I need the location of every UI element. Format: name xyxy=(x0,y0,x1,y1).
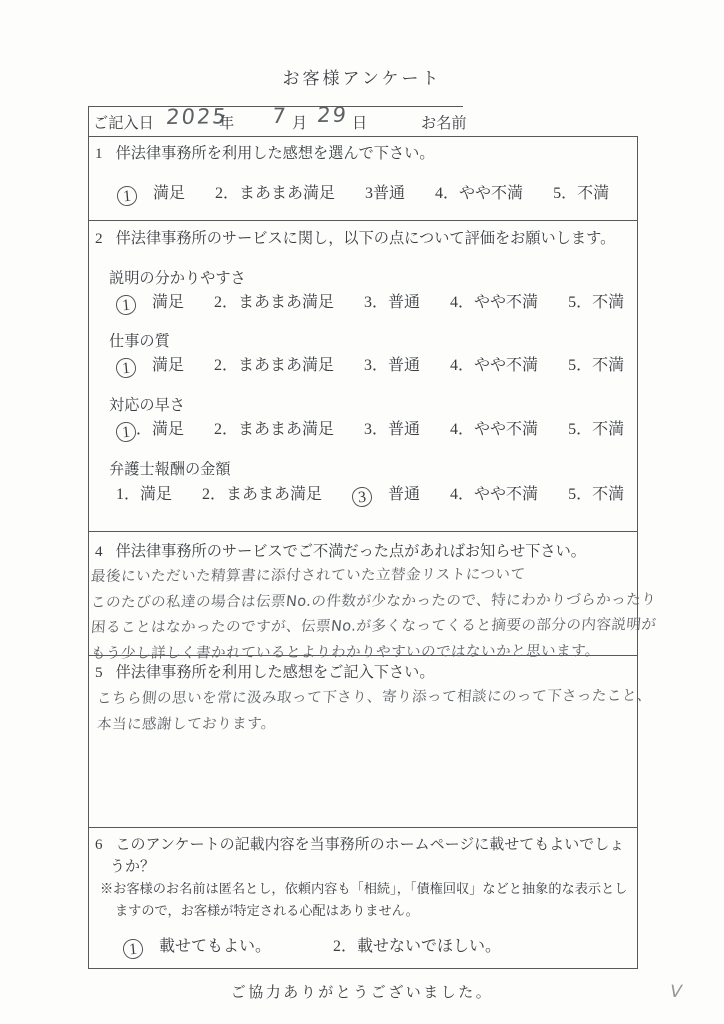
answer-option: 5．不満 xyxy=(568,421,624,438)
option-label: 満足 xyxy=(137,185,185,202)
question-1-text: 伴法律事務所を利用した感想を選んで下さい。 xyxy=(116,145,435,162)
subquestion-options-explanation: 1 満足2．まあまあ満足3．普通4．やや不満5．不満 xyxy=(116,289,624,315)
subquestion-label-explanation: 説明の分かりやすさ xyxy=(109,267,246,288)
question-4-text: 伴法律事務所のサービスでご不満だった点があればお知らせ下さい。 xyxy=(116,543,586,560)
option-label: ．やや不満 xyxy=(443,185,523,202)
question-1-title: 1伴法律事務所を利用した感想を選んで下さい。 xyxy=(95,142,435,163)
answer-option-selected: 1 満足 xyxy=(117,185,185,202)
option-label: ．まあまあ満足 xyxy=(222,421,334,438)
question-4-answer: 最後にいただいた精算書に添付されていた立替金リストについてこのたびの私達の場合は… xyxy=(92,564,657,666)
option-label: ．やや不満 xyxy=(458,421,538,438)
option-number: 3 xyxy=(364,421,372,439)
answer-option: 4．やや不満 xyxy=(450,421,538,438)
option-number: 5 xyxy=(553,185,561,203)
option-number: 4 xyxy=(450,357,458,375)
option-number: 2 xyxy=(202,486,210,504)
answer-option: 2．まあまあ満足 xyxy=(214,357,334,374)
answer-option: 5．不満 xyxy=(568,357,624,374)
answer-option: 4．やや不満 xyxy=(450,294,538,311)
answer-option: 1．満足 xyxy=(116,486,172,503)
subquestion-label-fees: 弁護士報酬の金額 xyxy=(109,458,231,479)
subquestion-label-speed: 対応の早さ xyxy=(109,394,185,415)
question-2-number: 2 xyxy=(95,230,103,248)
answer-option: 2．まあまあ満足 xyxy=(202,486,322,503)
answer-option-selected: 1．満足 xyxy=(116,421,184,438)
option-number: 5 xyxy=(568,357,576,375)
handwritten-line: このたびの私達の場合は伝票No.の件数が少なかったので、特にわかりづらかったり xyxy=(90,587,658,615)
question-6-text-line1: このアンケートの記載内容を当事務所のホームページに載せてもよいでしょ xyxy=(116,837,625,853)
answer-option: 5．不満 xyxy=(553,185,609,202)
option-label: ．満足 xyxy=(136,421,184,438)
answer-option: 2．まあまあ満足 xyxy=(215,185,335,202)
option-number: 1 xyxy=(116,486,124,504)
selected-circle-mark: 1 xyxy=(122,938,144,960)
option-number: 2 xyxy=(333,938,341,956)
option-number: 3 xyxy=(364,357,372,375)
option-number: 5 xyxy=(568,486,576,504)
option-label: ．普通 xyxy=(372,294,420,311)
question-2-text: 伴法律事務所のサービスに関し，以下の点について評価をお願いします。 xyxy=(116,230,616,247)
option-label: ．不満 xyxy=(576,357,624,374)
question-6-options: 1 載せてもよい。2．載せないでほしい。 xyxy=(123,933,563,959)
selected-circle-mark: 1 xyxy=(116,185,138,207)
selected-circle-mark: 1 xyxy=(115,421,137,443)
date-label: ご記入日 xyxy=(93,112,154,133)
answer-option: 4．やや不満 xyxy=(435,185,523,202)
subquestion-label-quality: 仕事の質 xyxy=(109,330,170,351)
option-label: ．普通 xyxy=(372,357,420,374)
answer-option: 3．普通 xyxy=(364,294,420,311)
option-number: 5 xyxy=(568,294,576,312)
option-label: ．まあまあ満足 xyxy=(210,486,322,503)
option-number: 4 xyxy=(450,486,458,504)
selected-circle-mark: 1 xyxy=(115,357,137,379)
option-number: 2 xyxy=(214,421,222,439)
answer-option: 4．やや不満 xyxy=(450,486,538,503)
question-1-number: 1 xyxy=(95,145,103,163)
option-label: ．まあまあ満足 xyxy=(222,357,334,374)
day-unit: 日 xyxy=(352,112,367,133)
answer-option: 5．不満 xyxy=(568,486,624,503)
option-label: 普通 xyxy=(372,486,420,503)
option-label: ．不満 xyxy=(576,294,624,311)
question-6-note-line2: ますので，お客様が特定される心配はありません。 xyxy=(115,900,419,919)
option-label: ．不満 xyxy=(576,421,624,438)
footer-thanks: ご協力ありがとうございました。 xyxy=(0,981,724,1002)
answer-option-selected: 1 満足 xyxy=(116,294,184,311)
handwritten-line: 困ることはなかったのですが、伝票No.が多くなってくると摘要の部分の内容説明が xyxy=(90,612,658,640)
question-4-title: 4伴法律事務所のサービスでご不満だった点があればお知らせ下さい。 xyxy=(95,540,586,561)
option-label: ．不満 xyxy=(576,486,624,503)
month-unit: 月 xyxy=(292,112,307,133)
answer-option-selected: 1 満足 xyxy=(116,357,184,374)
option-label: 満足 xyxy=(136,294,184,311)
option-number: 2 xyxy=(215,185,223,203)
question-5-answer: こちら側の思いを常に汲み取って下さり、寄り添って相談にのって下さったこと、本当に… xyxy=(98,686,653,737)
header-bottom-border xyxy=(88,136,638,137)
option-label: ．まあまあ満足 xyxy=(222,294,334,311)
option-label: ．まあまあ満足 xyxy=(223,185,335,202)
section-divider-4 xyxy=(88,827,638,828)
option-label: ．やや不満 xyxy=(458,357,538,374)
option-label: ．不満 xyxy=(561,185,609,202)
answer-option: 4．やや不満 xyxy=(450,357,538,374)
subquestion-options-speed: 1．満足2．まあまあ満足3．普通4．やや不満5．不満 xyxy=(116,416,624,442)
question-2-title: 2伴法律事務所のサービスに関し，以下の点について評価をお願いします。 xyxy=(95,227,615,248)
answer-option: 2．まあまあ満足 xyxy=(214,421,334,438)
option-label: ．普通 xyxy=(372,421,420,438)
option-label: ．満足 xyxy=(124,486,172,503)
option-label: ．やや不満 xyxy=(458,486,538,503)
question-6-title-line2: うか？ xyxy=(110,855,155,876)
selected-circle-mark: 3 xyxy=(351,486,373,508)
question-5-text: 伴法律事務所を利用した感想をご記入下さい。 xyxy=(116,664,435,681)
option-number: 4 xyxy=(450,421,458,439)
form-left-border xyxy=(88,106,89,969)
answer-option: 3普通 xyxy=(365,185,405,202)
answer-option: 3．普通 xyxy=(364,357,420,374)
option-label: 普通 xyxy=(373,185,405,202)
answer-option-selected: 3 普通 xyxy=(352,486,420,503)
option-label: ．やや不満 xyxy=(458,294,538,311)
question-6-number: 6 xyxy=(95,837,103,854)
question-5-number: 5 xyxy=(95,664,103,682)
question-1-options: 1 満足2．まあまあ満足3普通4．やや不満5．不満 xyxy=(117,180,609,206)
question-4-number: 4 xyxy=(95,543,103,561)
option-number: 3 xyxy=(365,185,373,203)
section-divider-2 xyxy=(88,531,638,532)
option-number: 5 xyxy=(568,421,576,439)
date-day-value: 29 xyxy=(316,103,349,127)
handwritten-line: 本当に感謝しております。 xyxy=(96,709,653,737)
subquestion-options-quality: 1 満足2．まあまあ満足3．普通4．やや不満5．不満 xyxy=(116,352,624,378)
option-number: 3 xyxy=(364,294,372,312)
option-number: 2 xyxy=(214,294,222,312)
option-number: 4 xyxy=(450,294,458,312)
option-label: 載せてもよい。 xyxy=(143,938,271,955)
form-bottom-border xyxy=(88,968,638,969)
answer-option: 3．普通 xyxy=(364,421,420,438)
page-title: お客様アンケート xyxy=(0,64,724,89)
question-6-title: 6このアンケートの記載内容を当事務所のホームページに載せてもよいでしょ xyxy=(95,833,624,854)
handwritten-line: こちら側の思いを常に汲み取って下さり、寄り添って相談にのって下さったこと、 xyxy=(96,683,653,711)
option-label: ．載せないでほしい。 xyxy=(341,938,501,955)
option-label: 満足 xyxy=(136,357,184,374)
question-6-note-line1: ※お客様のお名前は匿名とし，依頼内容も「相続」，「債権回収」などと抽象的な表示と… xyxy=(100,878,627,897)
year-unit: 年 xyxy=(219,112,234,133)
name-label: お名前 xyxy=(421,112,467,133)
section-divider-1 xyxy=(88,220,638,221)
question-5-title: 5伴法律事務所を利用した感想をご記入下さい。 xyxy=(95,661,435,682)
answer-option-selected: 1 載せてもよい。 xyxy=(123,938,271,955)
selected-circle-mark: 1 xyxy=(115,294,137,316)
option-number: 2 xyxy=(214,357,222,375)
answer-option: 2．載せないでほしい。 xyxy=(333,938,501,955)
subquestion-options-fees: 1．満足2．まあまあ満足3 普通4．やや不満5．不満 xyxy=(116,481,624,507)
answer-option: 2．まあまあ満足 xyxy=(214,294,334,311)
survey-sheet: お客様アンケート ご記入日 2025 年 7 月 29 日 お名前 1伴法律事務… xyxy=(0,0,724,1024)
option-number: 4 xyxy=(435,185,443,203)
answer-option: 5．不満 xyxy=(568,294,624,311)
date-month-value: 7 xyxy=(271,104,289,128)
form-right-border xyxy=(637,136,638,969)
handwritten-line: 最後にいただいた精算書に添付されていた立替金リストについて xyxy=(90,561,658,589)
